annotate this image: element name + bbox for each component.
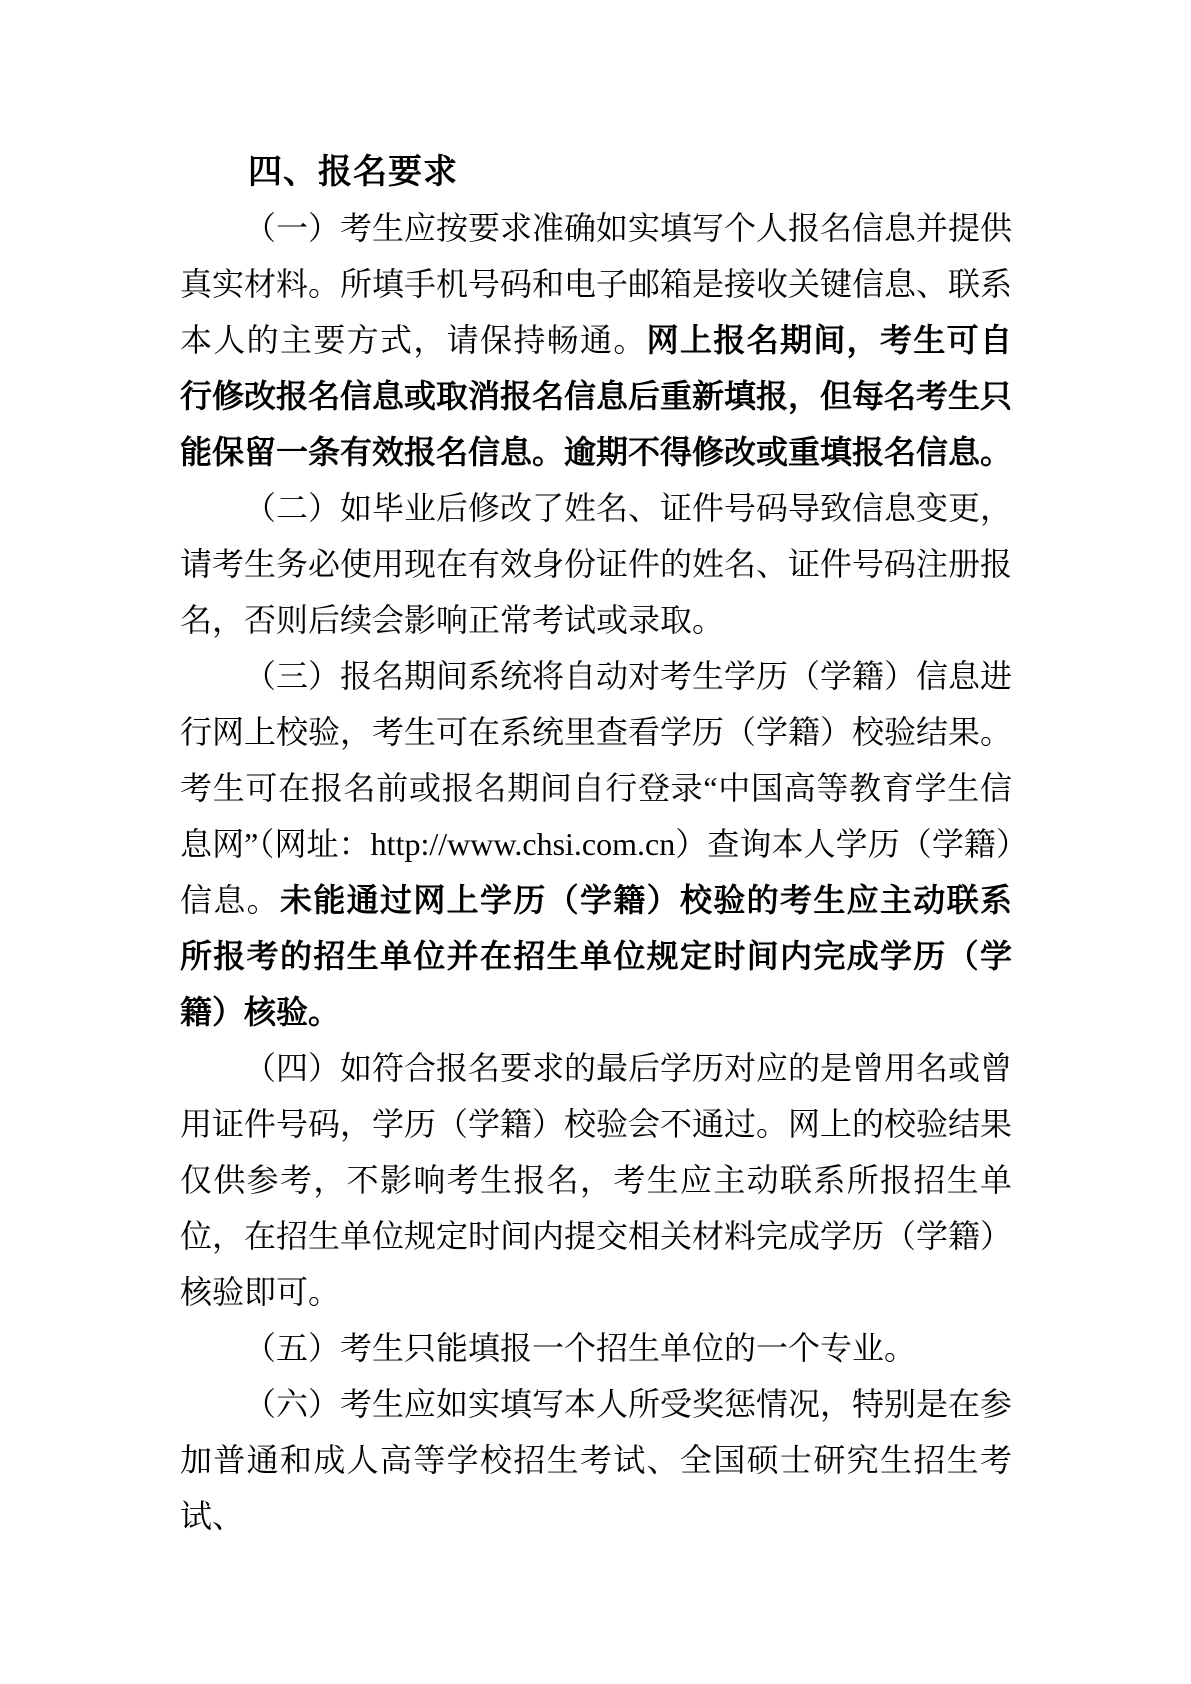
document-body: （一）考生应按要求准确如实填写个人报名信息并提供真实材料。所填手机号码和电子邮箱… — [180, 200, 1012, 1544]
paragraph: （二）如毕业后修改了姓名、证件号码导致信息变更，请考生务必使用现在有效身份证件的… — [180, 480, 1012, 648]
document-page: 四、报名要求 （一）考生应按要求准确如实填写个人报名信息并提供真实材料。所填手机… — [0, 0, 1191, 1684]
section-heading: 四、报名要求 — [180, 144, 1012, 200]
bold-text-run: 未能通过网上学历（学籍）校验的考生应主动联系所报考的招生单位并在招生单位规定时间… — [180, 882, 1012, 1030]
paragraph: （六）考生应如实填写本人所受奖惩情况，特别是在参加普通和成人高等学校招生考试、全… — [180, 1376, 1012, 1544]
text-run: （六）考生应如实填写本人所受奖惩情况，特别是在参加普通和成人高等学校招生考试、全… — [180, 1386, 1012, 1534]
paragraph: （五）考生只能填报一个招生单位的一个专业。 — [180, 1320, 1012, 1376]
text-run: （二）如毕业后修改了姓名、证件号码导致信息变更，请考生务必使用现在有效身份证件的… — [180, 490, 1012, 638]
paragraph: （三）报名期间系统将自动对考生学历（学籍）信息进行网上校验，考生可在系统里查看学… — [180, 648, 1012, 1040]
text-run: （五）考生只能填报一个招生单位的一个专业。 — [244, 1330, 916, 1366]
paragraph: （一）考生应按要求准确如实填写个人报名信息并提供真实材料。所填手机号码和电子邮箱… — [180, 200, 1012, 480]
paragraph: （四）如符合报名要求的最后学历对应的是曾用名或曾用证件号码，学历（学籍）校验会不… — [180, 1040, 1012, 1320]
document-content: 四、报名要求 （一）考生应按要求准确如实填写个人报名信息并提供真实材料。所填手机… — [180, 144, 1012, 1544]
text-run: （三）报名期间系统将自动对考生学历（学籍）信息进行网上校验，考生可在系统里查看学… — [180, 658, 1012, 918]
text-run: （四）如符合报名要求的最后学历对应的是曾用名或曾用证件号码，学历（学籍）校验会不… — [180, 1050, 1012, 1310]
